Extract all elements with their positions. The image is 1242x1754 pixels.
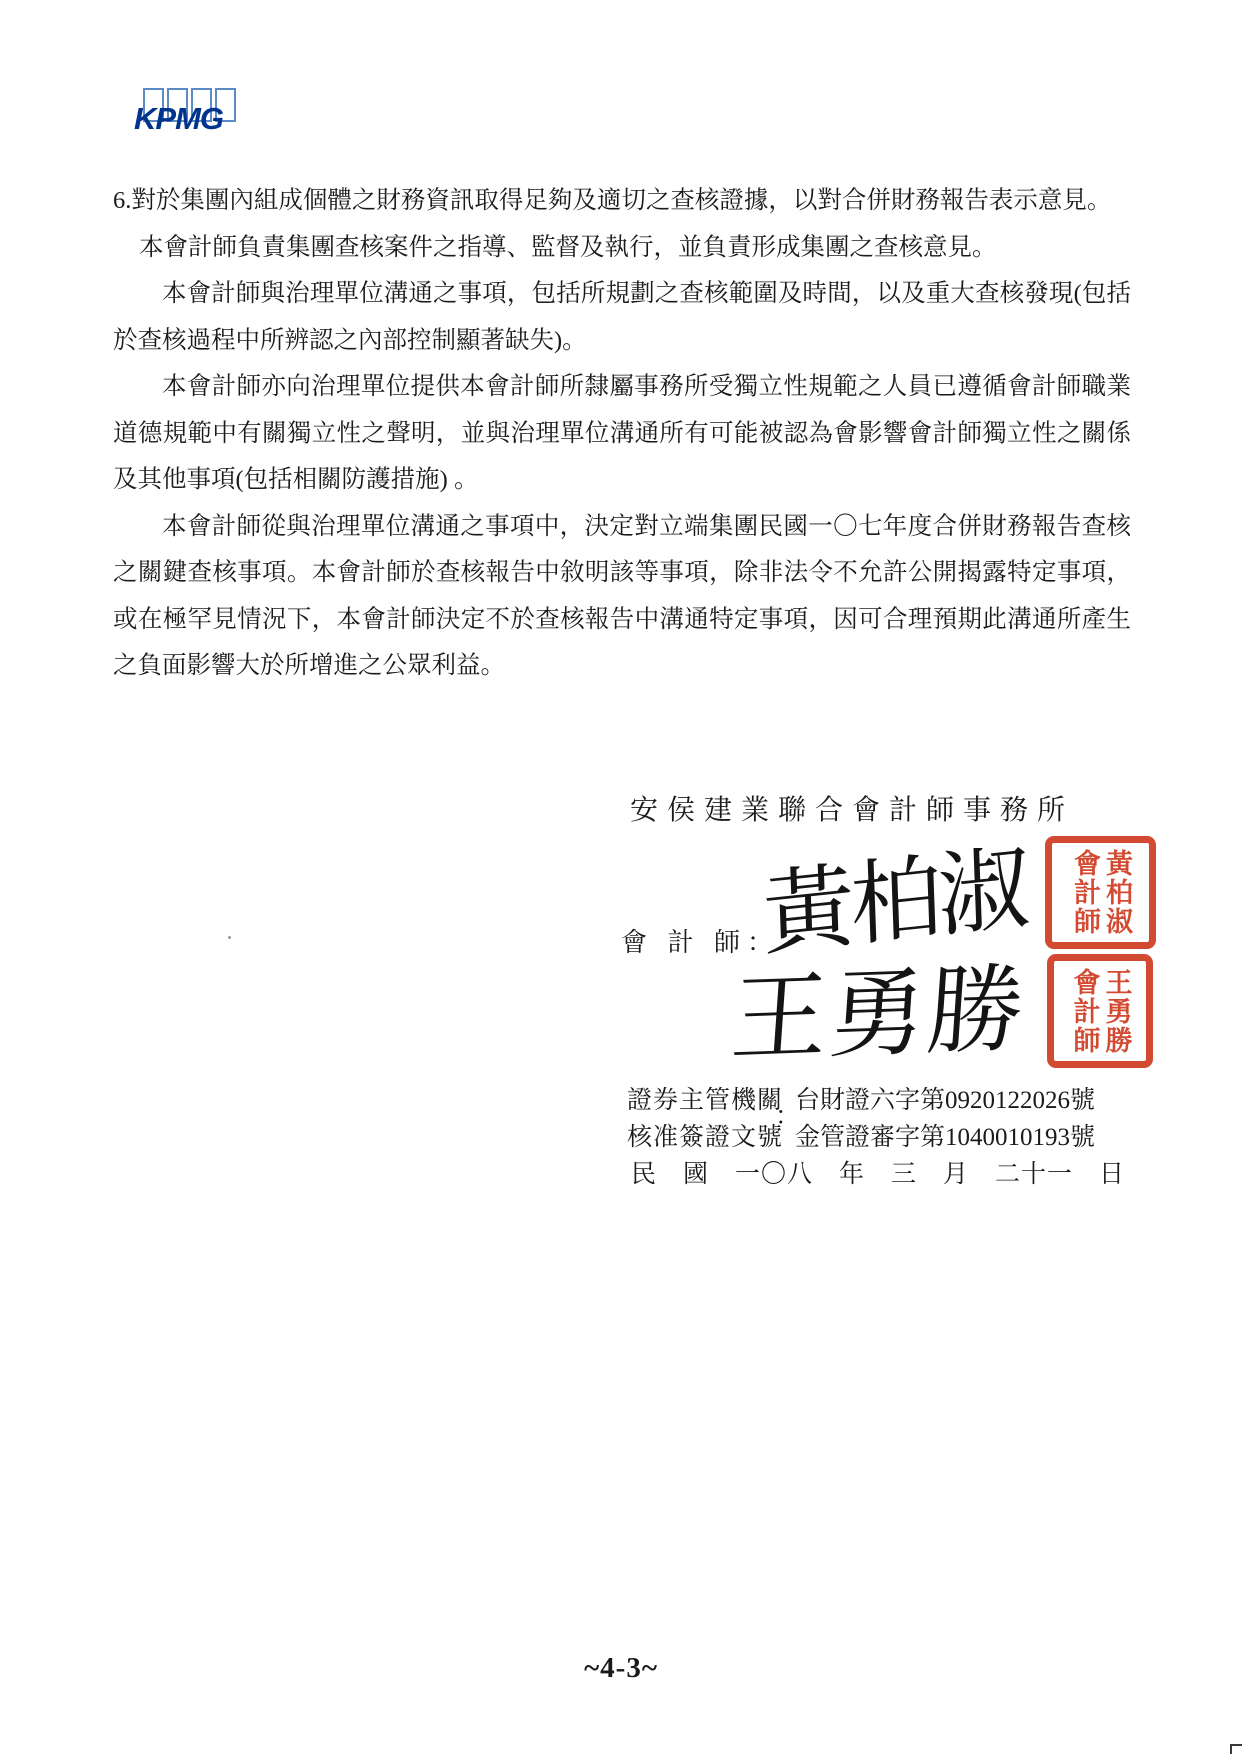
- paragraph-governance-communication: 本會計師與治理單位溝通之事項，包括所規劃之查核範圍及時間，以及重大查核發現(包括…: [113, 271, 1131, 364]
- paragraph-6-sentence-1: 對於集團內組成個體之財務資訊取得足夠及適切之查核證據，以對合併財務報告表示意見。: [131, 187, 1111, 214]
- paragraph-item-6: 6.對於集團內組成個體之財務資訊取得足夠及適切之查核證據，以對合併財務報告表示意…: [113, 178, 1131, 271]
- kpmg-logo-text: KPMG: [134, 101, 223, 137]
- seal-title-column: 會計師: [1071, 968, 1098, 1055]
- corner-crop-mark: [1230, 1744, 1242, 1754]
- paragraph-independence-statement: 本會計師亦向治理單位提供本會計師所隸屬事務所受獨立性規範之人員已遵循會計師職業道…: [113, 364, 1131, 504]
- approval-number-line1: 台財證六字第0920122026號: [795, 1082, 1095, 1119]
- paragraph-6-sentence-2: 本會計師負責集團查核案件之指導、監督及執行，並負責形成集團之查核意見。: [139, 234, 997, 261]
- seal-name-column: 王勇勝: [1103, 968, 1130, 1055]
- approval-label: 證券主管機關 核准簽證文號: [627, 1082, 783, 1156]
- list-marker: 6.: [113, 187, 131, 214]
- signature-wang-yung-sheng: 王勇勝: [727, 933, 1030, 1081]
- seal-name-column: 黃柏淑: [1103, 849, 1130, 936]
- kpmg-logo: KPMG: [140, 86, 250, 136]
- ink-dot-artifact: [228, 936, 231, 939]
- approval-numbers: 台財證六字第0920122026號 金管證審字第1040010193號: [795, 1082, 1095, 1156]
- seal-title-column: 會計師: [1071, 849, 1098, 936]
- cpa-seal-huang-po-shu: 黃柏淑 會計師: [1045, 836, 1156, 949]
- report-date: 民 國 一〇八 年 三 月 二十一 日: [631, 1156, 1125, 1193]
- approval-number-line2: 金管證審字第1040010193號: [795, 1119, 1095, 1156]
- audit-report-page: KPMG 6.對於集團內組成個體之財務資訊取得足夠及適切之查核證據，以對合併財務…: [0, 0, 1242, 1754]
- approval-label-line1: 證券主管機關: [627, 1082, 783, 1119]
- cpa-seal-wang-yung-sheng: 王勇勝 會計師: [1047, 954, 1153, 1068]
- paragraph-key-audit-matters: 本會計師從與治理單位溝通之事項中，決定對立端集團民國一〇七年度合併財務報告查核之…: [113, 504, 1131, 690]
- page-number: ~4-3~: [0, 1652, 1242, 1685]
- approval-label-line2: 核准簽證文號: [627, 1119, 783, 1156]
- report-body: 6.對於集團內組成個體之財務資訊取得足夠及適切之查核證據，以對合併財務報告表示意…: [113, 178, 1131, 690]
